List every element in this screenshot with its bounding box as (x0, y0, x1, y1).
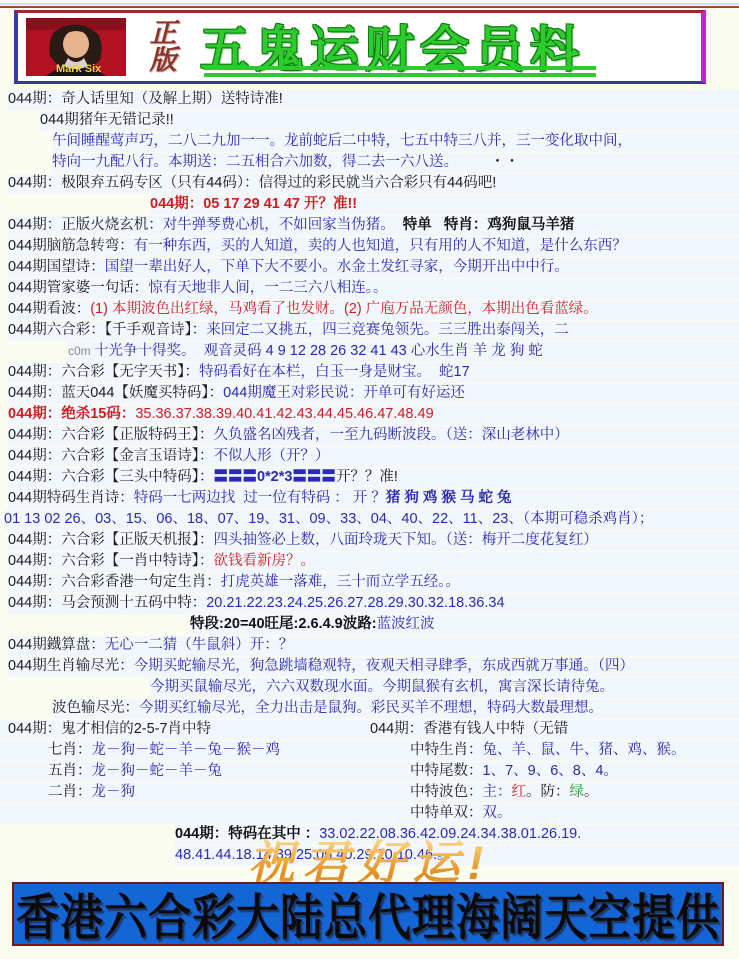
text-line: 特段:20=40旺尾:2.6.4.9波路:蓝波红波 (0, 615, 739, 636)
text-segment: (1) 本期波色出红绿，马鸡看了也发财。(2) 广庖万品无颜色，本期出色看蓝绿。 (90, 301, 598, 317)
text-line: 044期脑筋急转弯：有一种东西，买的人知道，卖的人也知道，只有用的人不知道，是什… (0, 237, 739, 258)
title-underline (204, 73, 596, 77)
text-segment: 兔、羊、鼠、牛、猪、鸡、猴。 (483, 742, 686, 758)
text-segment: 特向一九配八行。本期送：二五相合六加数，得二去一六八送。 (52, 154, 458, 170)
text-segment: 打虎英雄一落难，三十而立学五经。。 (221, 574, 460, 590)
text-segment: 国望一辈出好人，下单下大不要小。水金土发红寻家，今期开出中中行。 (105, 259, 569, 275)
text-segment: 七肖： (48, 742, 92, 758)
text-line: 二肖：龙－狗中特波色：主：红。防：绿。 (0, 783, 739, 804)
text-segment: 五肖： (48, 763, 92, 779)
text-segment: 特段:20=40旺尾:2.6.4.9波路: (190, 616, 377, 632)
text-segment: 044期：马会预测十五码中特： (8, 595, 206, 611)
text-segment: 044期：六合彩香港一句定生肖： (8, 574, 221, 590)
text-line: 七肖：龙－狗－蛇－羊－兔－猴－鸡中特生肖：兔、羊、鼠、牛、猪、鸡、猴。 (0, 741, 739, 762)
text-segment: 044期：香港有钱人中特（无错 (370, 721, 568, 737)
text-segment: 无心一二猜（牛鼠斜）开：？ (105, 637, 294, 653)
text-segment: 对牛弹琴费心机，不如回家当伪猪。 (163, 217, 395, 233)
footer-banner-text: 香港六合彩大陆总代理海阔天空提供 (16, 879, 720, 949)
body-lines: 044期：奇人话里知（及解上期）送特诗准!044期猪年无错记录!!午间睡醒莺声巧… (0, 90, 739, 867)
text-line: 044期生肖输尽光：今期买蛇输尽光，狗急跳墙稳观特，夜观天相寻肆季，东成西就万事… (0, 657, 739, 678)
text-segment: 开？？准! (336, 469, 398, 485)
text-segment: 044期猪年无错记录!! (40, 112, 174, 128)
text-segment: 龙－狗－蛇－羊－兔－猴－鸡 (92, 742, 281, 758)
text-segment: 久负盛名凶残者，一至九码断波段。（送：深山老林中） (213, 427, 568, 443)
text-line: 044期看波：(1) 本期波色出红绿，马鸡看了也发财。(2) 广庖万品无颜色，本… (0, 300, 739, 321)
text-segment: 欲钱看新房？。 (213, 553, 315, 569)
text-segment: 特码一七两边找 过一位有特码 ： 开 ？ (134, 490, 386, 506)
text-segment: 十光争十得奖。 观音灵码 4 9 12 28 26 32 41 43 心水生肖 … (94, 343, 543, 359)
text-segment: 特码看好在本栏，白玉一身是财宝。 蛇17 (199, 364, 470, 380)
text-segment: 044期：正版火烧玄机： (8, 217, 163, 233)
text-segment: 主： (483, 784, 512, 800)
text-segment: 044期鐡算盘： (8, 637, 105, 653)
page-title: 五鬼运财会员料 (200, 11, 700, 81)
text-segment: 波色输尽光： (52, 700, 139, 716)
text-segment: 龙－狗－蛇－羊－兔 (92, 763, 223, 779)
right-column: 中特尾数：1、7、9、6、8、4。 (410, 763, 618, 779)
text-segment: 044期国望诗： (8, 259, 105, 275)
text-segment: 特单 特肖：鸡狗鼠马羊猪 (395, 217, 575, 233)
right-column: 中特单双：双。 (410, 805, 512, 821)
top-red-line (0, 6, 739, 8)
text-segment: 044期：六合彩【正版特码王】： (8, 427, 213, 443)
text-line: 今期买鼠输尽光，六六双数现水面。今期鼠猴有玄机，寓言深长请待兔。 (0, 678, 739, 699)
text-segment: 044期：六合彩【三头中特码】： (8, 469, 213, 485)
text-segment: 1、7、9、6、8、4。 (483, 763, 618, 779)
text-line: 044期管家婆一句话：惊有天地非人间，一二三六八相连。。 (0, 279, 739, 300)
text-segment: 今期买蛇输尽光，狗急跳墙稳观特，夜观天相寻肆季，东成西就万事通。（四） (134, 658, 634, 674)
text-line: 044期：马会预测十五码中特：20.21.22.23.24.25.26.27.2… (0, 594, 739, 615)
text-segment: 四头抽签必上数，八面玲珑天下知。（送：梅开二度花复红） (213, 532, 597, 548)
text-line: 044期：六合彩【一肖中特诗】：欲钱看新房？。 (0, 552, 739, 573)
text-line: 044期：鬼才相信的2-5-7肖中特044期：香港有钱人中特（无错 (0, 720, 739, 741)
text-line: 044期六合彩：【千手观音诗】：来回定二又挑五，四三竞赛兔领先。三三胜出泰闯关，… (0, 321, 739, 342)
text-segment: 有一种东西，买的人知道，卖的人也知道，只有用的人不知道，是什么东西？ (134, 238, 627, 254)
left-column: 044期：鬼才相信的2-5-7肖中特 (0, 720, 370, 739)
text-line: 044期：05 17 29 41 47 开？准!! (0, 195, 739, 216)
text-segment: 044期管家婆一句话： (8, 280, 148, 296)
text-segment: 龙－狗 (92, 784, 136, 800)
text-line: 044期国望诗：国望一辈出好人，下单下大不要小。水金土发红寻家，今期开出中中行。 (0, 258, 739, 279)
text-segment: 猪 狗 鸡 猴 马 蛇 兔 (386, 490, 512, 506)
text-segment: 午间睡醒莺声巧，二八二九加一一。龙前蛇后二中特，七五中特三八并，三一变化取中间， (52, 133, 632, 149)
right-column: 中特波色：主：红。防：绿。 (410, 784, 599, 800)
left-column: 七肖：龙－狗－蛇－羊－兔－猴－鸡 (0, 741, 410, 760)
text-segment: 044期：六合彩【无字天书】： (8, 364, 199, 380)
text-line: 044期：蓝天044【妖魔买特码】：044期魔王对彩民说：开单可有好运还 (0, 384, 739, 405)
text-segment: 044期特码生肖诗： (8, 490, 134, 506)
text-line: 044期：六合彩【正版特码王】：久负盛名凶残者，一至九码断波段。（送：深山老林中… (0, 426, 739, 447)
text-segment: 今期买鼠输尽光，六六双数现水面。今期鼠猴有玄机，寓言深长请待兔。 (150, 679, 614, 695)
text-segment: 。 (584, 784, 599, 800)
header: Mark Six 正版 五鬼运财会员料 (14, 10, 706, 84)
right-column: 中特生肖：兔、羊、鼠、牛、猪、鸡、猴。 (410, 742, 686, 758)
footer-banner: 香港六合彩大陆总代理海阔天空提供 (12, 882, 724, 946)
text-line: 044期：正版火烧玄机：对牛弹琴费心机，不如回家当伪猪。 特单 特肖：鸡狗鼠马羊… (0, 216, 739, 237)
text-segment: 。防： (526, 784, 570, 800)
text-line: 044期猪年无错记录!! (0, 111, 739, 132)
text-segment: 044期脑筋急转弯： (8, 238, 134, 254)
text-line: 044期：六合彩香港一句定生肖：打虎英雄一落难，三十而立学五经。。 (0, 573, 739, 594)
title-underline (204, 66, 596, 70)
text-segment: 044期：鬼才相信的2-5-7肖中特 (8, 721, 211, 737)
text-segment: 044期：绝杀15码： (8, 406, 135, 422)
text-segment: 惊有天地非人间，一二三六八相连。。 (148, 280, 387, 296)
text-segment: 不似人形（开？） (213, 448, 329, 464)
left-column: 五肖：龙－狗－蛇－羊－兔 (0, 762, 410, 781)
text-segment: 044期魔王对彩民说：开单可有好运还 (223, 385, 465, 401)
text-segment: 35.36.37.38.39.40.41.42.43.44.45.46.47.4… (135, 406, 433, 422)
text-segment: c0m (68, 344, 94, 358)
text-line: 044期：奇人话里知（及解上期）送特诗准! (0, 90, 739, 111)
text-line: 特向一九配八行。本期送：二五相合六加数，得二去一六八送。 ・・ (0, 153, 739, 174)
text-segment: 中特波色： (410, 784, 483, 800)
text-line: 044期特码生肖诗：特码一七两边找 过一位有特码 ： 开 ？猪 狗 鸡 猴 马 … (0, 489, 739, 510)
text-segment: 二肖： (48, 784, 92, 800)
text-segment: 蓝波红波 (377, 616, 435, 632)
right-column: 044期：香港有钱人中特（无错 (370, 721, 568, 737)
authentic-stamp: 正版 (138, 15, 182, 75)
text-segment: 〓〓〓0*2*3〓〓〓 (213, 469, 335, 485)
text-line: 044期鐡算盘：无心一二猜（牛鼠斜）开：？ (0, 636, 739, 657)
text-line: 044期：六合彩【三头中特码】：〓〓〓0*2*3〓〓〓开？？准! (0, 468, 739, 489)
top-accent-line (0, 3, 739, 5)
text-line: 中特单双：双。 (0, 804, 739, 825)
text-line: 044期：六合彩【无字天书】：特码看好在本栏，白玉一身是财宝。 蛇17 (0, 363, 739, 384)
text-line: 044期：极限弃五码专区（只有44码）：信得过的彩民就当六合彩只有44码吧! (0, 174, 739, 195)
text-line: c0m 十光争十得奖。 观音灵码 4 9 12 28 26 32 41 43 心… (0, 342, 739, 363)
text-segment: 来回定二又挑五，四三竞赛兔领先。三三胜出泰闯关，二 (206, 322, 569, 338)
text-line: 五肖：龙－狗－蛇－羊－兔中特尾数：1、7、9、6、8、4。 (0, 762, 739, 783)
text-line: 044期：六合彩【金言玉语诗】：不似人形（开？） (0, 447, 739, 468)
text-segment: 中特单双： (410, 805, 483, 821)
text-segment: 044期：六合彩【正版天机报】： (8, 532, 213, 548)
photo-caption: Mark Six (56, 63, 102, 75)
hostess-photo: Mark Six (26, 18, 126, 76)
text-segment: 中特生肖： (410, 742, 483, 758)
left-column: 二肖：龙－狗 (0, 783, 410, 802)
text-segment: 044期：05 17 29 41 47 开？准!! (150, 196, 357, 212)
text-line: 午间睡醒莺声巧，二八二九加一一。龙前蛇后二中特，七五中特三八并，三一变化取中间， (0, 132, 739, 153)
text-segment: 双。 (483, 805, 512, 821)
text-segment: 中特尾数： (410, 763, 483, 779)
text-segment: 044期：蓝天044【妖魔买特码】： (8, 385, 223, 401)
text-line: 044期：六合彩【正版天机报】：四头抽签必上数，八面玲珑天下知。（送：梅开二度花… (0, 531, 739, 552)
text-segment: 01 13 02 26、03、15、06、18、07、19、31、09、33、0… (4, 511, 653, 527)
text-segment: ・・ (458, 154, 519, 170)
text-segment: 绿 (570, 784, 585, 800)
text-segment: 044期看波： (8, 301, 90, 317)
text-segment: 044期生肖输尽光： (8, 658, 134, 674)
text-segment: 044期：六合彩【金言玉语诗】： (8, 448, 213, 464)
text-line: 波色输尽光：今期买红输尽光，全力出击是鼠狗。彩民买羊不理想，特码大数最理想。 (0, 699, 739, 720)
text-segment: 044期：奇人话里知（及解上期）送特诗准! (8, 91, 283, 107)
text-segment: 044期六合彩：【千手观音诗】： (8, 322, 206, 338)
text-segment: 044期：六合彩【一肖中特诗】： (8, 553, 213, 569)
text-segment: 今期买红输尽光，全力出击是鼠狗。彩民买羊不理想，特码大数最理想。 (139, 700, 603, 716)
text-segment: 044期：极限弃五码专区（只有44码）：信得过的彩民就当六合彩只有44码吧! (8, 175, 496, 191)
text-line: 044期：绝杀15码：35.36.37.38.39.40.41.42.43.44… (0, 405, 739, 426)
text-line: 01 13 02 26、03、15、06、18、07、19、31、09、33、0… (0, 510, 739, 531)
text-segment: 红 (512, 784, 527, 800)
text-segment: 20.21.22.23.24.25.26.27.28.29.30.32.18.3… (206, 595, 504, 611)
